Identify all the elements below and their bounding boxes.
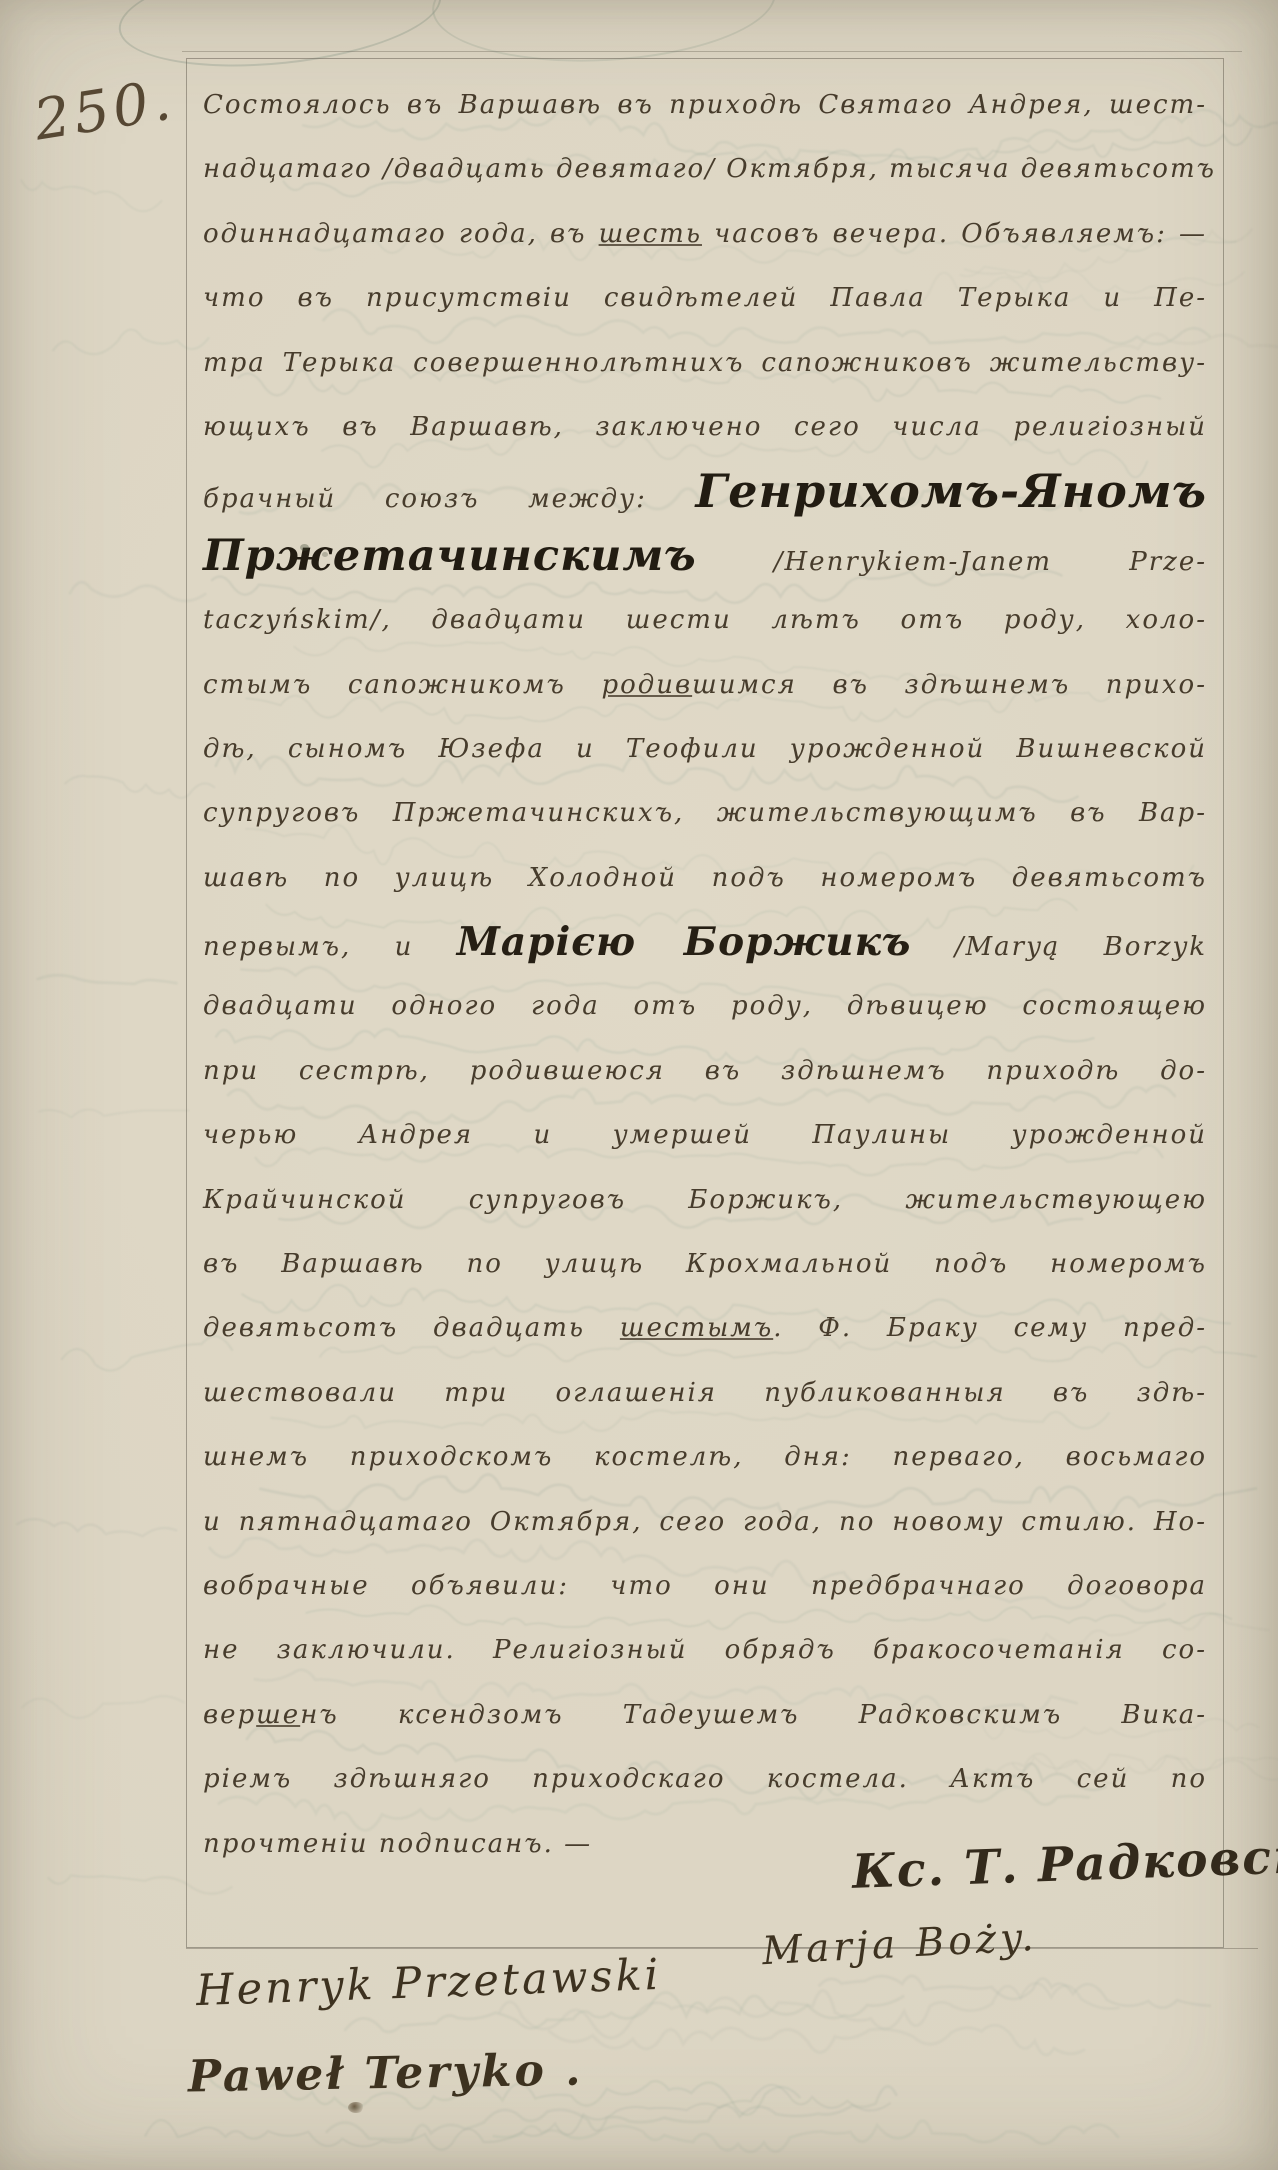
record-line: тра Терыка совершеннолѣтнихъ сапожниковъ… — [203, 331, 1207, 395]
record-line: taczyńskim/, двадцати шести лѣтъ отъ род… — [203, 588, 1207, 652]
record-line-segment: не заключили. Религіозный обрядъ бракосо… — [203, 1635, 1207, 1665]
record-line-segment: черью Андрея и умершей Паулины урожденно… — [203, 1120, 1207, 1150]
record-line: черью Андрея и умершей Паулины урожденно… — [203, 1103, 1207, 1167]
record-line-segment: шесть — [599, 219, 702, 249]
record-line-segment: Марією Боржикъ — [457, 919, 912, 965]
record-line: шнемъ приходскомъ костелѣ, дня: перваго,… — [203, 1425, 1207, 1489]
record-line-segment: надцатаго /двадцать девятаго/ Октября, т… — [203, 154, 1216, 184]
record-line-segment: и пятнадцатаго Октября, сего года, по но… — [203, 1507, 1207, 1537]
record-line-segment: при сестрѣ, родившеюся въ здѣшнемъ прихо… — [203, 1056, 1207, 1086]
record-line: надцатаго /двадцать девятаго/ Октября, т… — [203, 137, 1207, 201]
record-line-segment: Генрихомъ-Яномъ — [696, 464, 1208, 518]
record-line: дѣ, сыномъ Юзефа и Теофили урожденной Ви… — [203, 717, 1207, 781]
groom-signature: Henryk Przetawski — [195, 1950, 662, 2016]
record-frame: Состоялось въ Варшавѣ въ приходѣ Святаго… — [186, 58, 1224, 1948]
record-line-segment: одиннадцатаго года, въ — [203, 219, 599, 249]
record-line-segment: taczyńskim/, двадцати шести лѣтъ отъ род… — [203, 605, 1207, 635]
record-line-segment: девятьсотъ двадцать — [203, 1313, 620, 1343]
act-number: 250. — [30, 67, 179, 153]
record-line-segment: Состоялось въ Варшавѣ въ приходѣ Святаго… — [203, 90, 1207, 120]
record-line-segment: нъ ксендзомъ Тадеушемъ Радковскимъ Вика- — [300, 1700, 1207, 1730]
record-line-segment: шимся въ здѣшнемъ прихо- — [692, 670, 1207, 700]
ink-blot — [348, 2102, 364, 2113]
record-line-segment: родив — [601, 670, 692, 700]
record-line-segment: вер — [203, 1700, 256, 1730]
record-line: стымъ сапожникомъ родившимся въ здѣшнемъ… — [203, 653, 1207, 717]
record-line-segment: Пржетачинскимъ — [203, 531, 697, 581]
record-line-segment: . Ф. Браку сему пред- — [773, 1313, 1207, 1343]
record-line-segment: шавѣ по улицѣ Холодной подъ номеромъ дев… — [203, 863, 1207, 893]
record-line-segment: шестымъ — [620, 1313, 773, 1343]
record-line-segment: первымъ, и — [203, 932, 457, 962]
record-line: ріемъ здѣшняго приходскаго костела. Актъ… — [203, 1747, 1207, 1811]
record-line: двадцати одного года отъ роду, дѣвицею с… — [203, 974, 1207, 1038]
record-line: Крайчинской супруговъ Боржикъ, жительств… — [203, 1168, 1207, 1232]
record-line-segment: ріемъ здѣшняго приходскаго костела. Актъ… — [203, 1764, 1207, 1794]
record-line: что въ присутствіи свидѣтелей Павла Теры… — [203, 266, 1207, 330]
record-line: первымъ, и Марією Боржикъ /Maryą Borzyk — [203, 910, 1207, 974]
record-line-segment: брачный союзъ между: — [203, 484, 696, 514]
record-line: Состоялось въ Варшавѣ въ приходѣ Святаго… — [203, 73, 1207, 137]
record-line-segment: шествовали три оглашенія публикованныя в… — [203, 1378, 1207, 1408]
record-line-segment: супруговъ Пржетачинскихъ, жительствующим… — [203, 798, 1207, 828]
record-line: Пржетачинскимъ /Henrykiem-Janem Prze- — [203, 524, 1207, 588]
witness-signature: Paweł Teryko . — [188, 2045, 584, 2103]
scanned-register-page: 250. Состоялось въ Варшавѣ въ приходѣ Св… — [0, 0, 1278, 2170]
pencil-rule-top-outer — [182, 51, 1242, 52]
record-line-segment: Крайчинской супруговъ Боржикъ, жительств… — [203, 1185, 1207, 1215]
record-line-segment: шнемъ приходскомъ костелѣ, дня: перваго,… — [203, 1442, 1207, 1472]
record-line-segment: /Maryą Borzyk — [911, 932, 1207, 962]
record-line-segment: двадцати одного года отъ роду, дѣвицею с… — [203, 991, 1207, 1021]
record-line-segment: /Henrykiem-Janem Prze- — [697, 547, 1207, 577]
record-line: брачный союзъ между: Генрихомъ-Яномъ — [203, 459, 1207, 523]
record-line: одиннадцатаго года, въ шесть часовъ вече… — [203, 202, 1207, 266]
record-line: въ Варшавѣ по улицѣ Крохмальной подъ ном… — [203, 1232, 1207, 1296]
record-line: и пятнадцатаго Октября, сего года, по но… — [203, 1490, 1207, 1554]
record-line: девятьсотъ двадцать шестымъ. Ф. Браку се… — [203, 1296, 1207, 1360]
record-line: шествовали три оглашенія публикованныя в… — [203, 1361, 1207, 1425]
record-line-segment: вобрачные объявили: что они предбрачнаго… — [203, 1571, 1207, 1601]
record-line: шавѣ по улицѣ Холодной подъ номеромъ дев… — [203, 846, 1207, 910]
record-line-segment: часовъ вечера. Объявляемъ: — — [702, 219, 1207, 249]
ink-speck — [322, 552, 328, 557]
record-line: ющихъ въ Варшавѣ, заключено сего числа р… — [203, 395, 1207, 459]
record-line: вобрачные объявили: что они предбрачнаго… — [203, 1554, 1207, 1618]
record-line: супруговъ Пржетачинскихъ, жительствующим… — [203, 781, 1207, 845]
ink-speck — [300, 544, 309, 551]
record-line-segment: ше — [256, 1700, 300, 1730]
record-line-segment: прочтеніи подписанъ. — — [203, 1829, 592, 1859]
record-line: вершенъ ксендзомъ Тадеушемъ Радковскимъ … — [203, 1683, 1207, 1747]
record-line-segment: тра Терыка совершеннолѣтнихъ сапожниковъ… — [203, 348, 1207, 378]
record-line: не заключили. Религіозный обрядъ бракосо… — [203, 1618, 1207, 1682]
record-line-segment: въ Варшавѣ по улицѣ Крохмальной подъ ном… — [203, 1249, 1207, 1279]
record-line: при сестрѣ, родившеюся въ здѣшнемъ прихо… — [203, 1039, 1207, 1103]
record-line-segment: дѣ, сыномъ Юзефа и Теофили урожденной Ви… — [203, 734, 1207, 764]
record-line-segment: ющихъ въ Варшавѣ, заключено сего числа р… — [203, 412, 1207, 442]
pencil-rule-bottom-extension — [186, 1948, 1258, 1949]
record-line-segment: стымъ сапожникомъ — [203, 670, 601, 700]
record-line-segment: что въ присутствіи свидѣтелей Павла Теры… — [203, 283, 1207, 313]
